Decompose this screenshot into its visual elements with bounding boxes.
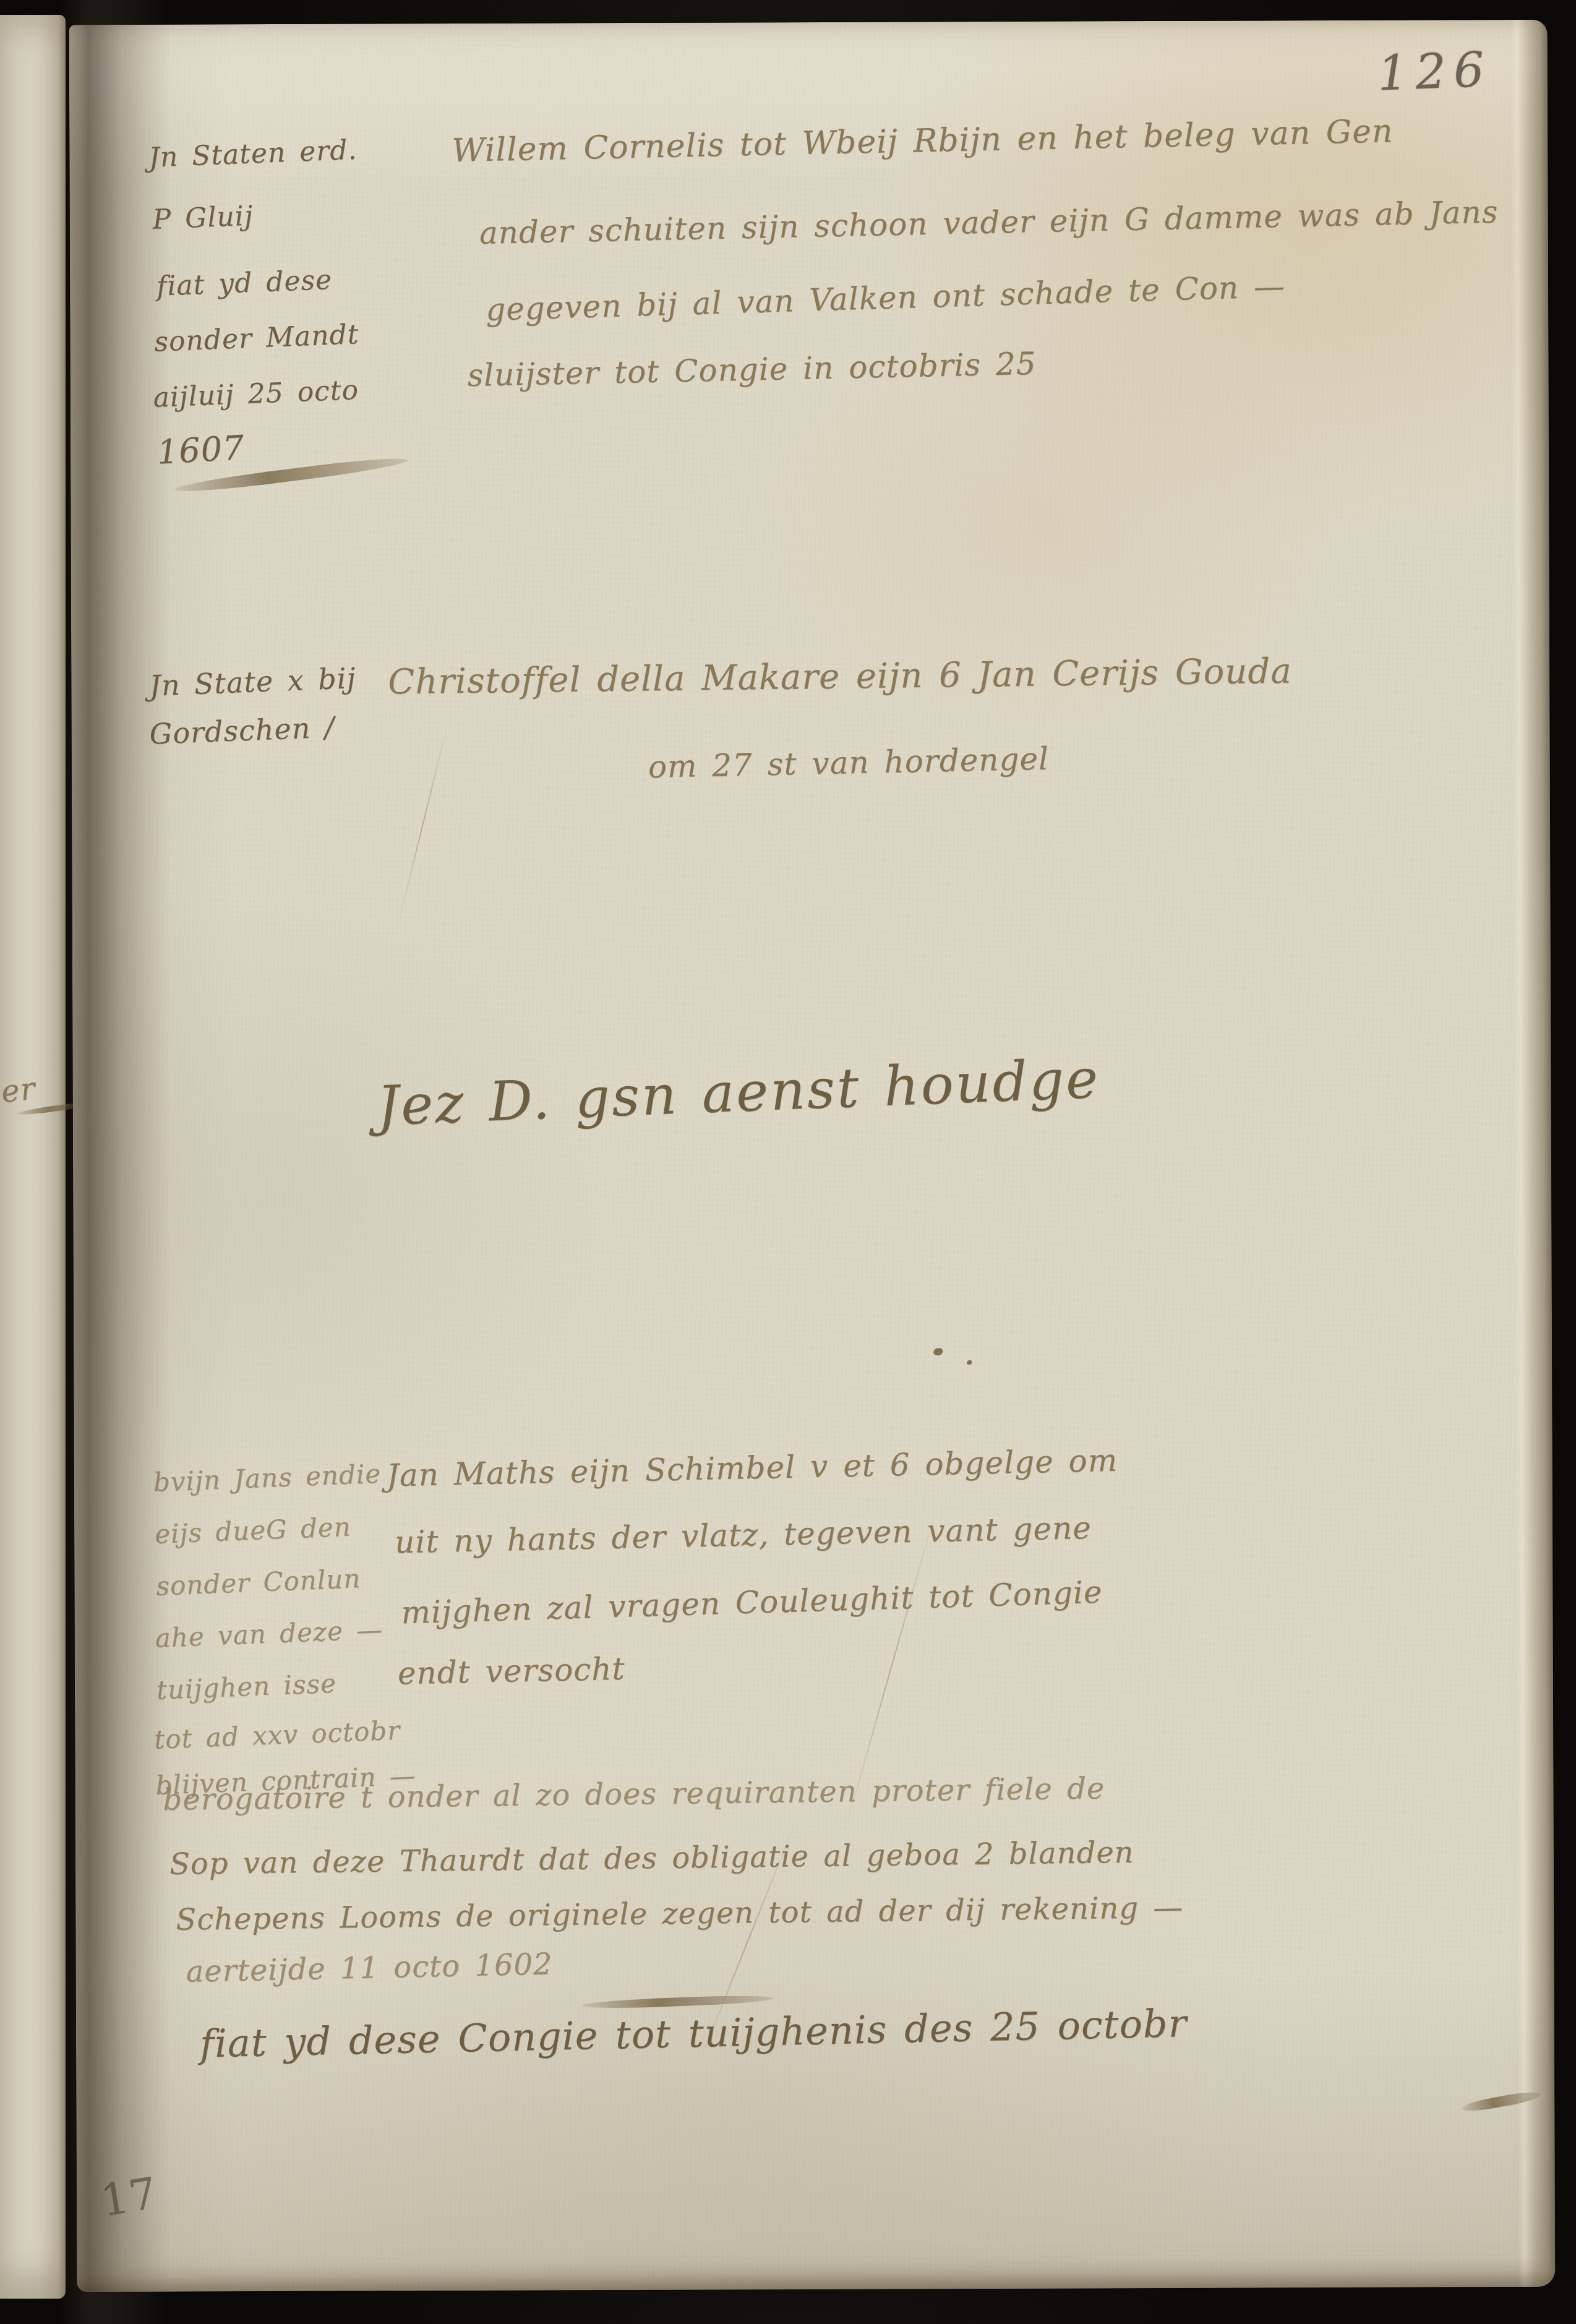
entry1-margin-line: sonder Mandt [153,319,359,358]
ink-speck [967,1360,972,1365]
entry1-margin-date: 1607 [156,428,246,472]
entry1-margin-line: fiat yd dese [156,264,333,302]
entry1-body-line: sluijster tot Congie in octobris 25 [467,346,1037,393]
page-right-deckle-edge [1510,20,1556,2287]
grant-end-stroke [1461,2089,1542,2114]
entry1-body-line: ander schuiten sijn schoon vader eijn G … [479,194,1499,251]
entry3-wide-line: Schepens Looms de originele zegen tot ad… [176,1890,1184,1937]
entry1-margin-line: Jn Staten erd. [148,134,358,174]
entry2-margin-line: Gordschen / [149,710,336,750]
entry3-margin-line: tuijghen isse [156,1668,337,1705]
page-bottom-deckle-edge [77,2258,1555,2292]
entry3-body-line: Jan Maths eijn Schimbel v et 6 obgelge o… [386,1443,1118,1494]
entry2-body-line: om 27 st van hordengel [648,740,1049,785]
entry2-body-line: Christoffel della Makare eijn 6 Jan Ceri… [388,651,1292,703]
ink-speck [933,1348,943,1355]
entry1-body-line: gegeven bij al van Valken ont schade te … [485,268,1285,327]
date-underline-stroke [582,1994,774,2010]
folio-number: 126 [1376,42,1492,102]
entry2-margin-slash-stroke [397,721,448,926]
entry3-body-line: endt versocht [397,1651,625,1692]
facing-page-text-fragment: er [0,1070,37,1109]
entry3-margin-line: sonder Conlun [155,1563,361,1602]
entry2-margin-line: Jn State x bij [148,661,356,703]
center-heading-line: Jez D. gsn aenst houdge [376,1047,1101,1138]
manuscript-scan: er 126 Jn Staten erd. P Gluij fiat yd de… [0,0,1576,2324]
entry3-margin-line: ahe van deze — [155,1614,383,1653]
entry3-body-line: mijghen zal vragen Couleughit tot Congie [401,1574,1103,1631]
entry3-date-line: aerteijde 11 octo 1602 [186,1947,553,1989]
entry3-margin-line: bvijn Jans endie [153,1459,382,1498]
entry3-margin-line: tot ad xxv octobr [153,1715,401,1754]
entry3-body-line: uit ny hants der vlatz, tegeven vant gen… [395,1510,1092,1561]
facing-page-edge: er [0,15,66,2299]
entry3-grant-line: fiat yd dese Congie tot tuijghenis des 2… [199,2000,1188,2066]
entry3-margin-line: eijs dueG den [154,1512,351,1550]
entry3-wide-line: Sop van deze Thaurdt dat des obligatie a… [169,1835,1134,1882]
pencil-foliation-number: 17 [97,2167,161,2227]
entry1-margin-line: aijluij 25 octo [153,374,359,414]
entry1-margin-line: P Gluij [152,200,254,235]
manuscript-page: 126 Jn Staten erd. P Gluij fiat yd dese … [69,20,1556,2292]
entry1-body-line: Willem Cornelis tot Wbeij Rbijn en het b… [452,113,1394,169]
